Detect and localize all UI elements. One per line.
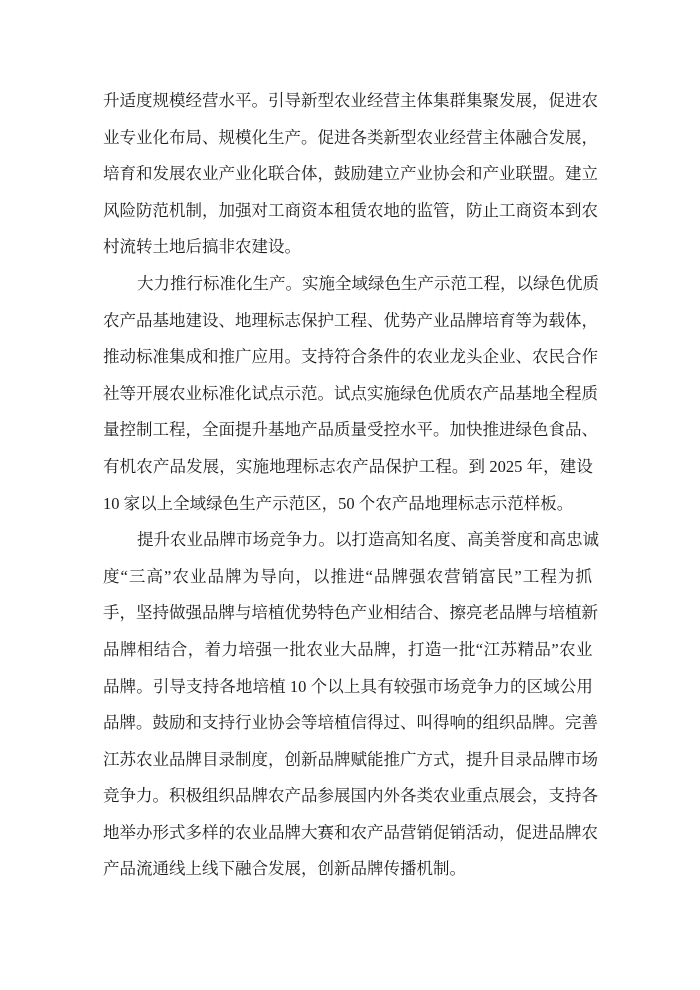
text-line: 江苏农业品牌目录制度，创新品牌赋能推广方式，提升目录品牌市场	[103, 742, 593, 779]
text-line: 竞争力。积极组织品牌农产品参展国内外各类农业重点展会，支持各	[103, 778, 593, 815]
text-block: 升适度规模经营水平。引导新型农业经营主体集群集聚发展，促进农 业专业化布局、规模…	[103, 83, 593, 888]
text-line: 品牌相结合，着力培强一批农业大品牌，打造一批“江苏精品”农业	[103, 632, 593, 669]
paragraph: 提升农业品牌市场竞争力。以打造高知名度、高美誉度和高忠诚 度“三高”农业品牌为导…	[103, 522, 593, 888]
text-line: 产品流通线上线下融合发展，创新品牌传播机制。	[103, 851, 593, 888]
text-line: 提升农业品牌市场竞争力。以打造高知名度、高美誉度和高忠诚	[103, 522, 593, 559]
paragraph: 大力推行标准化生产。实施全域绿色生产示范工程，以绿色优质 农产品基地建设、地理标…	[103, 266, 593, 522]
text-line: 升适度规模经营水平。引导新型农业经营主体集群集聚发展，促进农	[103, 83, 593, 120]
text-line: 手，坚持做强品牌与培植优势特色产业相结合、擦亮老品牌与培植新	[103, 595, 593, 632]
document-page: 升适度规模经营水平。引导新型农业经营主体集群集聚发展，促进农 业专业化布局、规模…	[0, 0, 700, 990]
text-line: 大力推行标准化生产。实施全域绿色生产示范工程，以绿色优质	[103, 266, 593, 303]
text-line: 推动标准集成和推广应用。支持符合条件的农业龙头企业、农民合作	[103, 339, 593, 376]
text-line: 村流转土地后搞非农建设。	[103, 229, 593, 266]
text-line: 地举办形式多样的农业品牌大赛和农产品营销促销活动，促进品牌农	[103, 815, 593, 852]
text-line: 品牌。鼓励和支持行业协会等培植信得过、叫得响的组织品牌。完善	[103, 705, 593, 742]
text-line: 农产品基地建设、地理标志保护工程、优势产业品牌培育等为载体，	[103, 303, 593, 340]
text-line: 品牌。引导支持各地培植 10 个以上具有较强市场竞争力的区域公用	[103, 669, 593, 706]
text-line: 有机农产品发展，实施地理标志农产品保护工程。到 2025 年，建设	[103, 449, 593, 486]
text-line: 培育和发展农业产业化联合体，鼓励建立产业协会和产业联盟。建立	[103, 156, 593, 193]
text-line: 业专业化布局、规模化生产。促进各类新型农业经营主体融合发展，	[103, 120, 593, 157]
text-line: 量控制工程，全面提升基地产品质量受控水平。加快推进绿色食品、	[103, 412, 593, 449]
text-line: 社等开展农业标准化试点示范。试点实施绿色优质农产品基地全程质	[103, 376, 593, 413]
text-line: 10 家以上全域绿色生产示范区，50 个农产品地理标志示范样板。	[103, 486, 593, 523]
text-line: 度“三高”农业品牌为导向，以推进“品牌强农营销富民”工程为抓	[103, 559, 593, 596]
text-line: 风险防范机制，加强对工商资本租赁农地的监管，防止工商资本到农	[103, 193, 593, 230]
paragraph: 升适度规模经营水平。引导新型农业经营主体集群集聚发展，促进农 业专业化布局、规模…	[103, 83, 593, 266]
